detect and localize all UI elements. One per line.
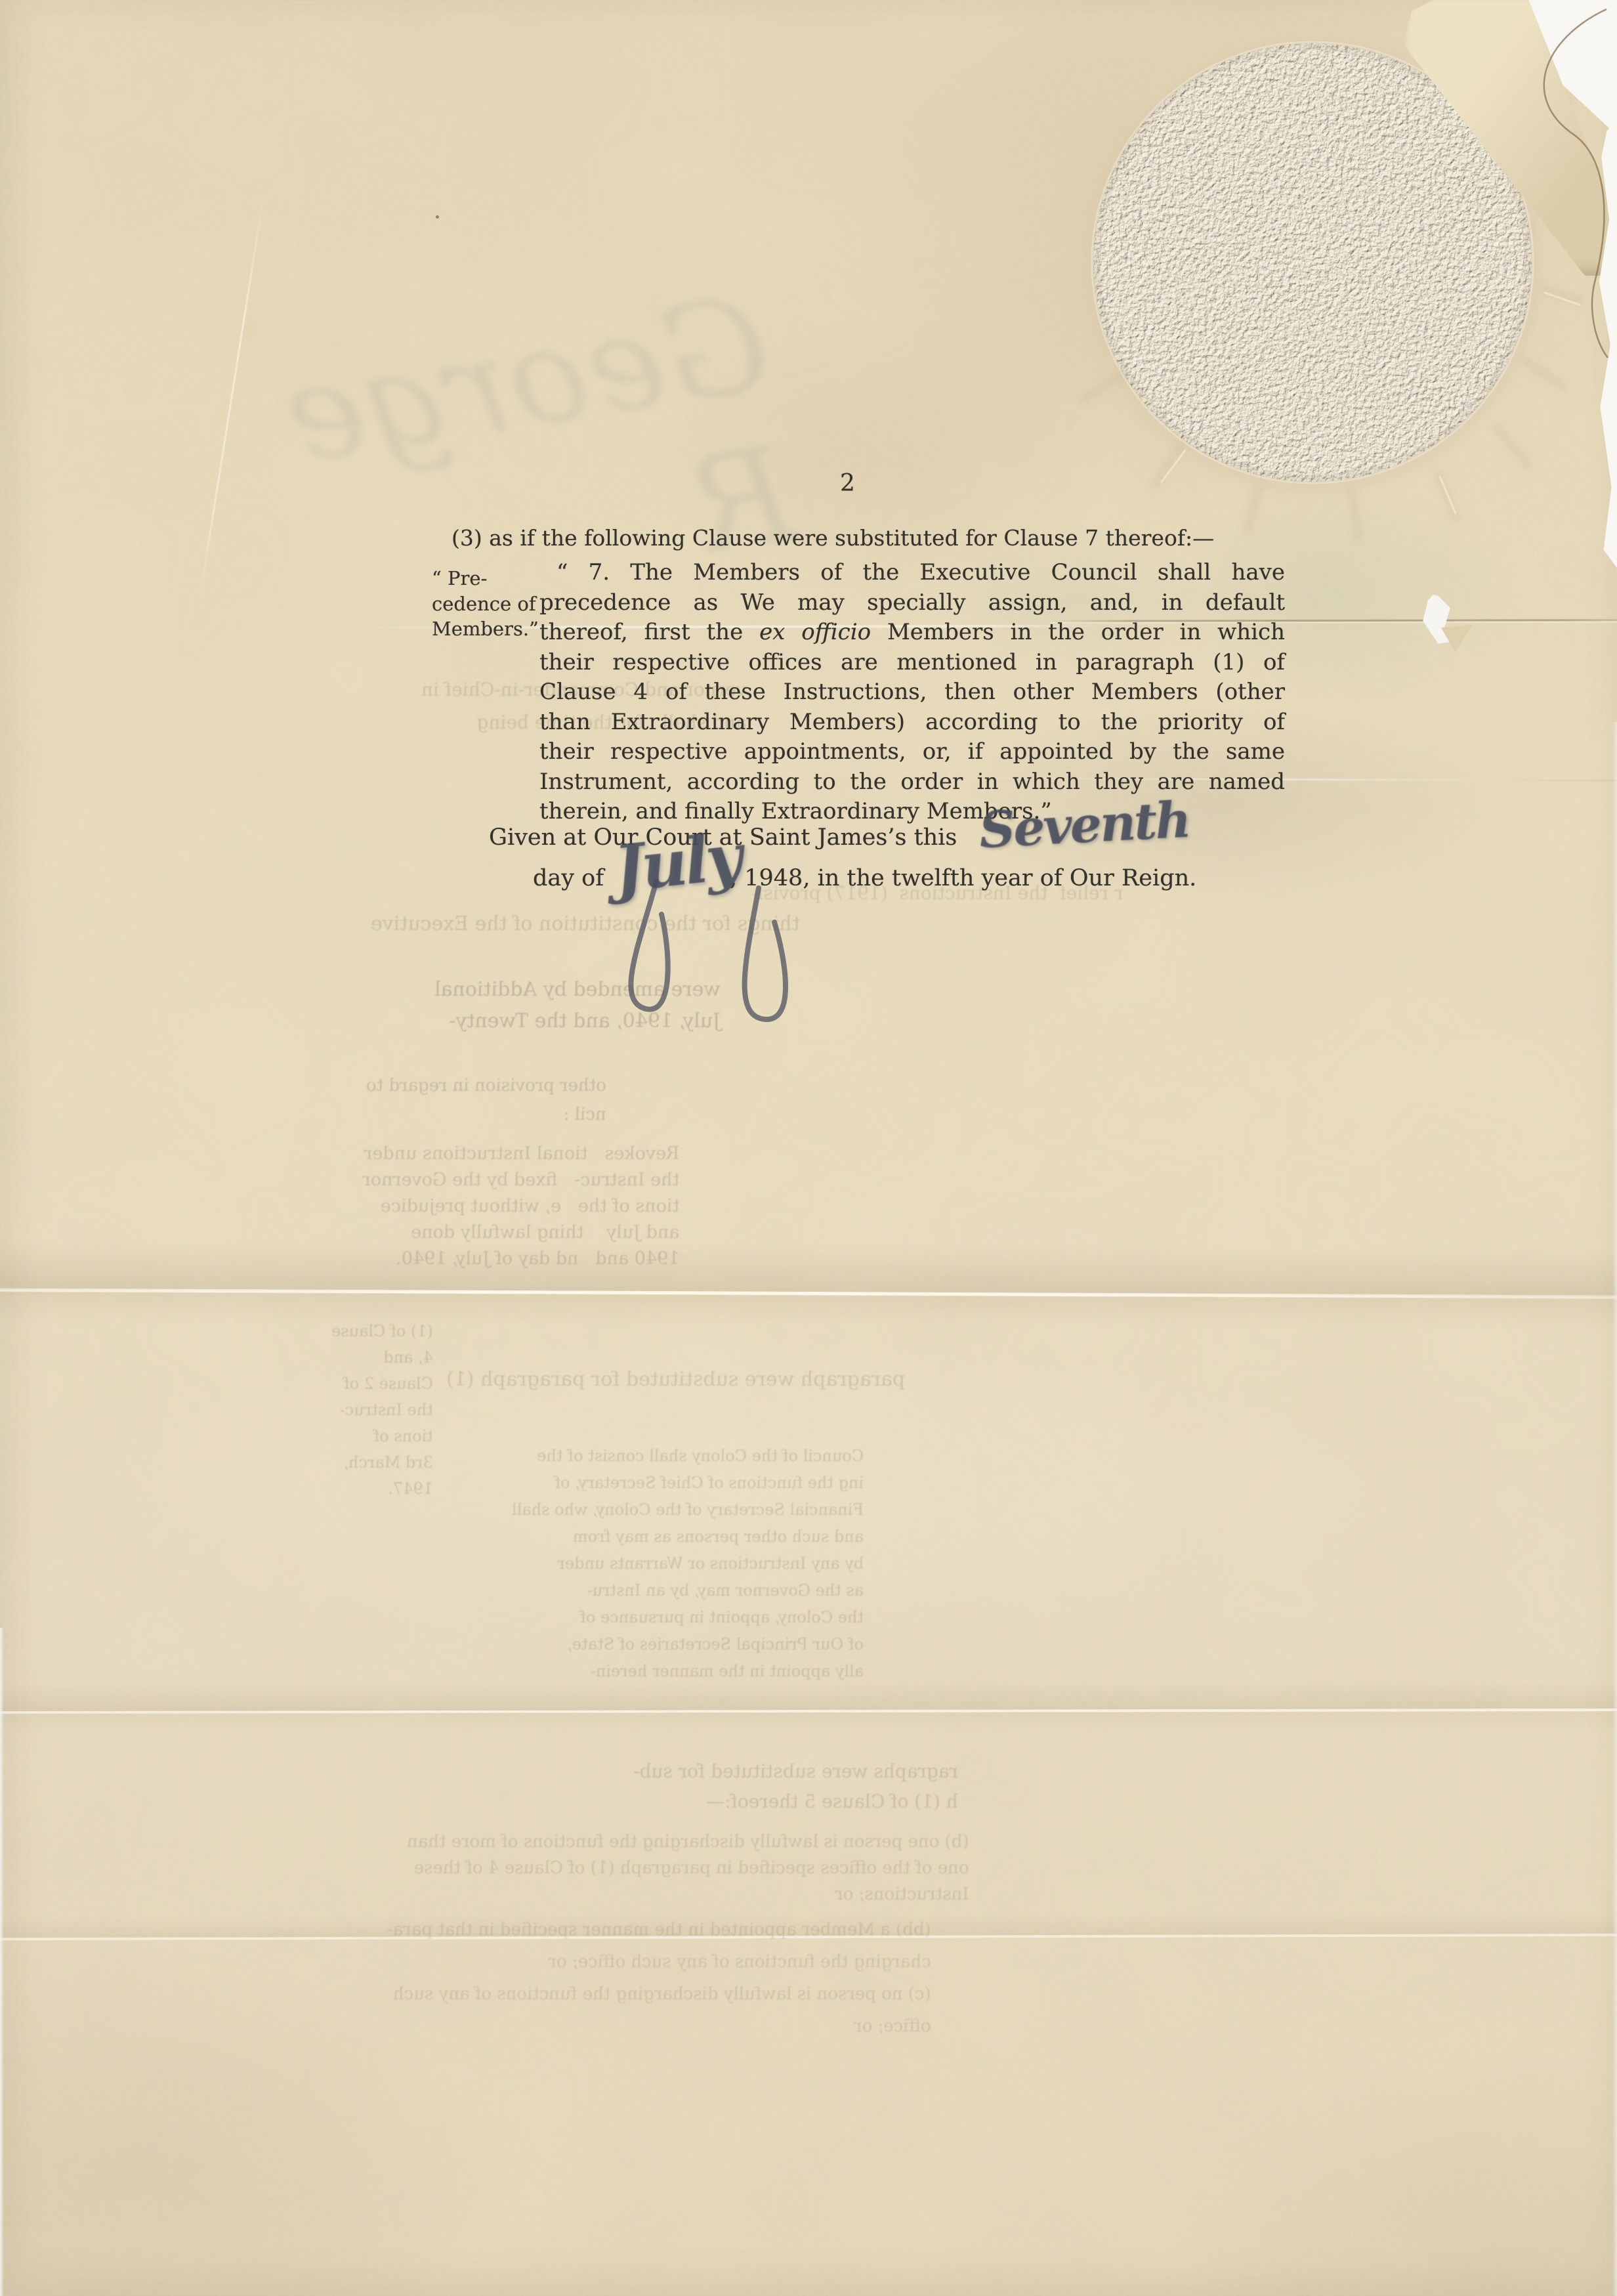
page-number: 2 <box>840 470 855 497</box>
attestation-line-2-suffix: , 1948, in the twelfth year of Our Reign… <box>730 865 1196 891</box>
attestation-line-2-prefix: day of <box>533 865 604 891</box>
handwritten-month-word: July <box>611 819 744 906</box>
clause-paragraph: “ 7. The Members of the Executive Counci… <box>539 558 1285 827</box>
margin-note: “ Pre-cedence ofMembers.” <box>432 566 553 642</box>
page-right-edge <box>1612 722 1617 2296</box>
intro-line: (3) as if the following Clause were subs… <box>451 525 1214 551</box>
scanned-document: George R vernor and Commander-in-Chief i… <box>0 0 1617 2296</box>
typed-text-layer: 2 (3) as if the following Clause were su… <box>0 0 1617 2296</box>
page-left-edge <box>0 1628 4 2296</box>
paper-speck <box>436 215 439 219</box>
handwritten-day-word: Seventh <box>978 790 1191 860</box>
